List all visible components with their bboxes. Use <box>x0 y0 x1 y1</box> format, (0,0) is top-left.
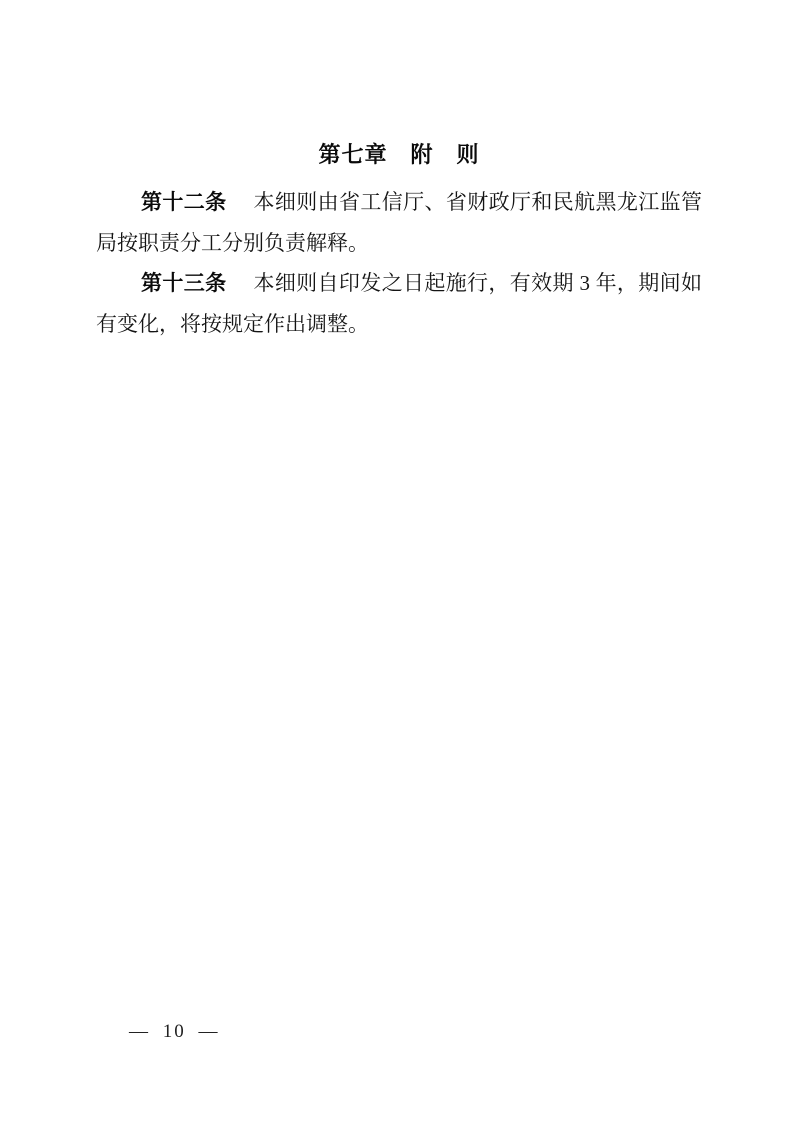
article-paragraph-13: 第十三条本细则自印发之日起施行，有效期 3 年，期间如有变化，将按规定作出调整。 <box>96 263 702 344</box>
chapter-heading: 第七章 附 则 <box>96 139 702 170</box>
article-paragraph-12: 第十二条本细则由省工信厅、省财政厅和民航黑龙江监管局按职责分工分别负责解释。 <box>96 182 702 263</box>
page-number: — 10 — <box>129 1019 220 1045</box>
document-content: 第七章 附 则 第十二条本细则由省工信厅、省财政厅和民航黑龙江监管局按职责分工分… <box>96 139 702 344</box>
article-13-label: 第十三条 <box>141 272 226 295</box>
article-12-label: 第十二条 <box>141 191 227 214</box>
document-page: 第七章 附 则 第十二条本细则由省工信厅、省财政厅和民航黑龙江监管局按职责分工分… <box>0 0 793 1122</box>
